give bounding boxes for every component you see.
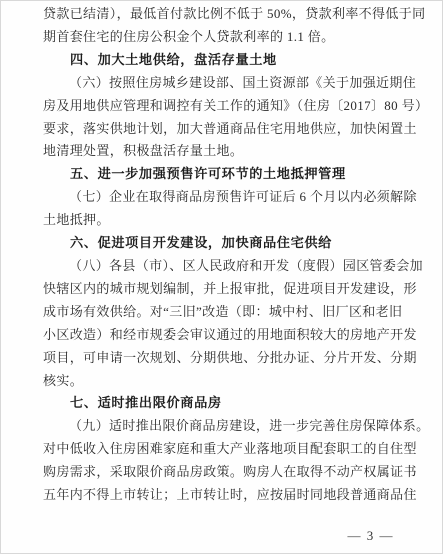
page-number: — 3 — — [348, 528, 395, 544]
section-heading: 四、加大土地供给，盘活存量土地 — [43, 49, 417, 72]
text-line: 小区改造）和经市规委会审议通过的用地面积较大的房地产开发 — [43, 324, 417, 347]
text-line: 要求，落实供地计划，加大普通商品住宅用地供应，加快闲置土 — [43, 118, 417, 141]
text-line: 对中低收入住房困难家庭和重大产业落地项目配套职工的自住型 — [43, 438, 417, 461]
text-line: 期首套住宅的住房公积金个人贷款利率的 1.1 倍。 — [43, 26, 417, 49]
text-line: 购房需求，采取限价商品房政策。购房人在取得不动产权属证书 — [43, 461, 417, 484]
text-line: 项目，可申请一次规划、分期供地、分批办证、分片开发、分期 — [43, 347, 417, 370]
text-line: 土地抵押。 — [43, 209, 417, 232]
document-body: 贷款已结清），最低首付款比例不低于 50%，贷款利率不得低于同期首套住宅的住房公… — [43, 3, 417, 507]
text-line: （九）适时推出限价商品房建设，进一步完善住房保障体系。 — [43, 415, 417, 438]
text-line: 房及用地供应管理和调控有关工作的通知》（住房〔2017〕80 号） — [43, 95, 417, 118]
text-line: （七）企业在取得商品房预售许可证后 6 个月以内必须解除 — [43, 186, 417, 209]
section-heading: 七、适时推出限价商品房 — [43, 392, 417, 415]
document-page: 贷款已结清），最低首付款比例不低于 50%，贷款利率不得低于同期首套住宅的住房公… — [0, 0, 443, 554]
text-line: 核实。 — [43, 370, 417, 393]
text-line: 快辖区内的城市规划编制，并上报审批，促进项目开发建设，形 — [43, 278, 417, 301]
section-heading: 五、进一步加强预售许可环节的土地抵押管理 — [43, 163, 417, 186]
text-line: 成市场有效供给。对“三旧”改造（即：城中村、旧厂区和老旧 — [43, 301, 417, 324]
text-line: 五年内不得上市转让；上市转让时，应按届时同地段普通商品住 — [43, 484, 417, 507]
text-line: （八）各县（市）、区人民政府和开发（度假）园区管委会加 — [43, 255, 417, 278]
section-heading: 六、促进项目开发建设，加快商品住宅供给 — [43, 232, 417, 255]
text-line: 地清理处置，积极盘活存量土地。 — [43, 140, 417, 163]
text-line: 贷款已结清），最低首付款比例不低于 50%，贷款利率不得低于同 — [43, 3, 417, 26]
text-line: （六）按照住房城乡建设部、国土资源部《关于加强近期住 — [43, 72, 417, 95]
